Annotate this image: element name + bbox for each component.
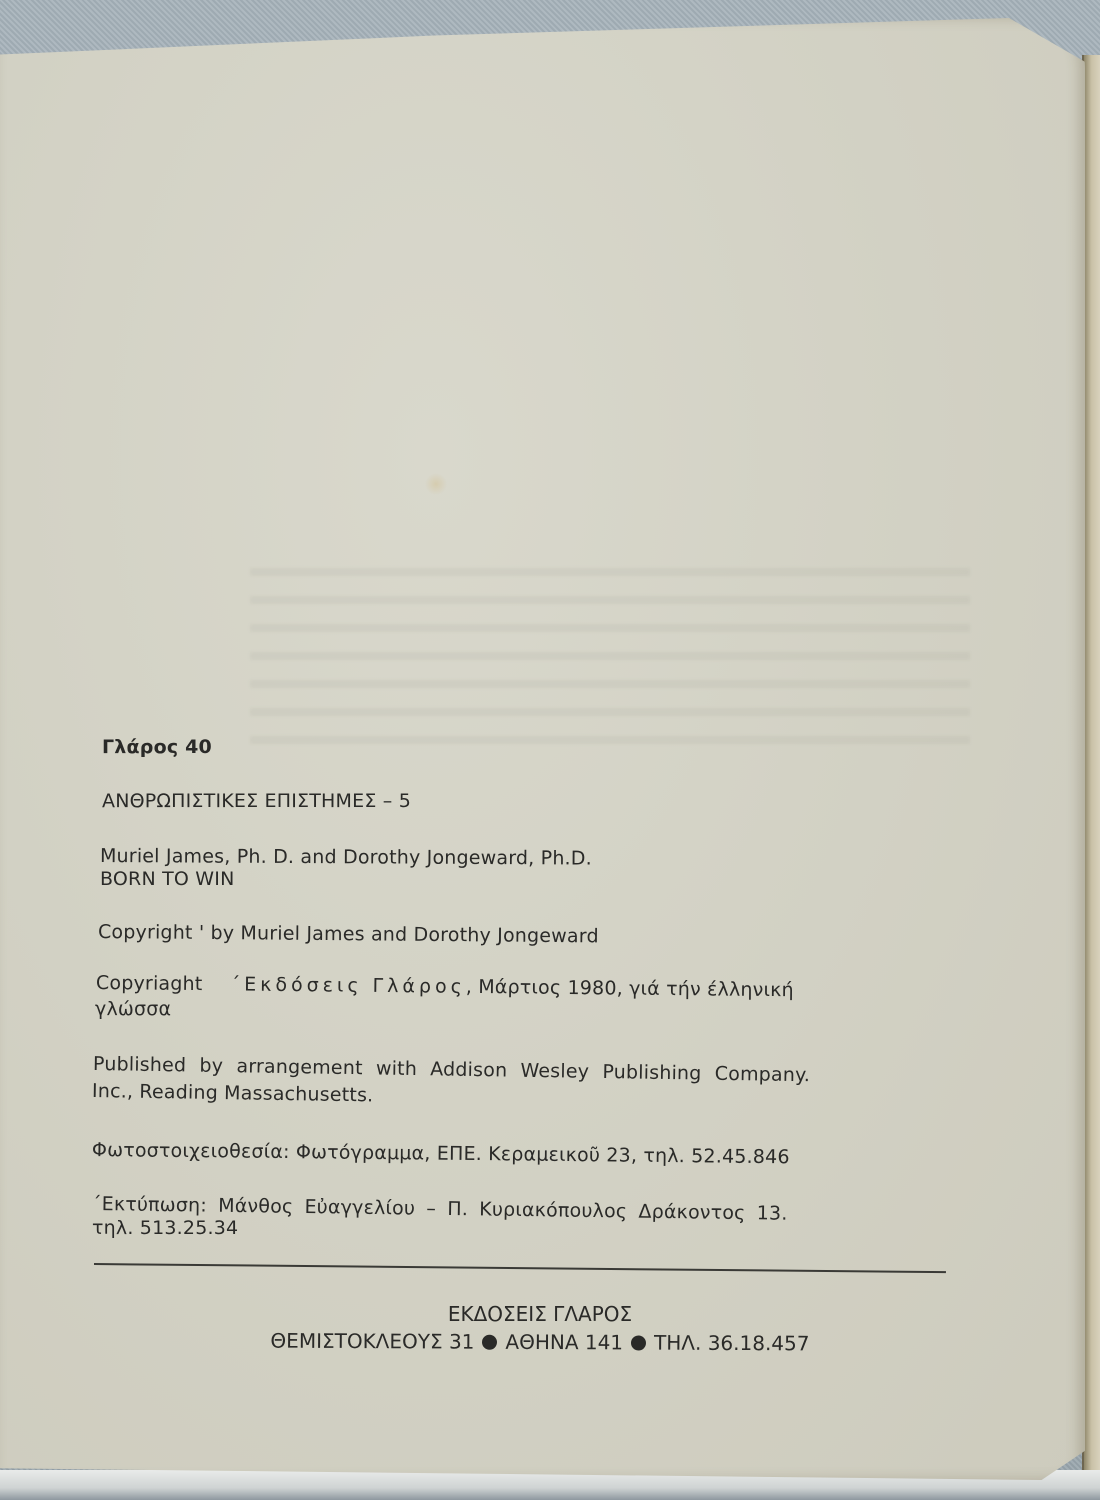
book-title: BORN TO WIN — [100, 868, 235, 890]
bullet-dot-icon — [631, 1335, 646, 1350]
copyright-original: Copyright ' by Muriel James and Dorothy … — [98, 921, 599, 947]
series-number: Γλάρος 40 — [102, 736, 212, 758]
show-through-text — [250, 558, 970, 758]
copyright-greek-publisher: ΄Εκδόσεις Γλάρος — [231, 973, 466, 997]
footer-phone: ΤΗΛ. 36.18.457 — [654, 1331, 810, 1356]
footer-address-line: ΘΕΜΙΣΤΟΚΛΕΟΥΣ 31ΑΘΗΝΑ 141ΤΗΛ. 36.18.457 — [160, 1328, 920, 1356]
printing-line-2: τηλ. 513.25.34 — [92, 1217, 238, 1239]
bullet-dot-icon — [482, 1335, 497, 1350]
series-title: ΑΝΘΡΩΠΙΣΤΙΚΕΣ ΕΠΙΣΤΗΜΕΣ – 5 — [102, 790, 411, 812]
copyright-greek-prefix: Copyriaght — [96, 972, 203, 995]
footer-publisher: ΕΚΔΟΣΕΙΣ ΓΛΑΡΟΣ — [160, 1302, 920, 1326]
copyright-greek-rest: , Μάρτιος 1980, γιά τήν έλληνική — [466, 976, 794, 1001]
footer-city: ΑΘΗΝΑ 141 — [505, 1330, 623, 1355]
authors-line: Muriel James, Ph. D. and Dorothy Jongewa… — [100, 845, 592, 870]
copyright-greek-line2: γλώσσα — [95, 998, 171, 1020]
footer-address: ΘΕΜΙΣΤΟΚΛΕΟΥΣ 31 — [270, 1329, 474, 1354]
paper-stain — [425, 473, 447, 495]
published-line-2: Inc., Reading Massachusetts. — [92, 1080, 374, 1106]
